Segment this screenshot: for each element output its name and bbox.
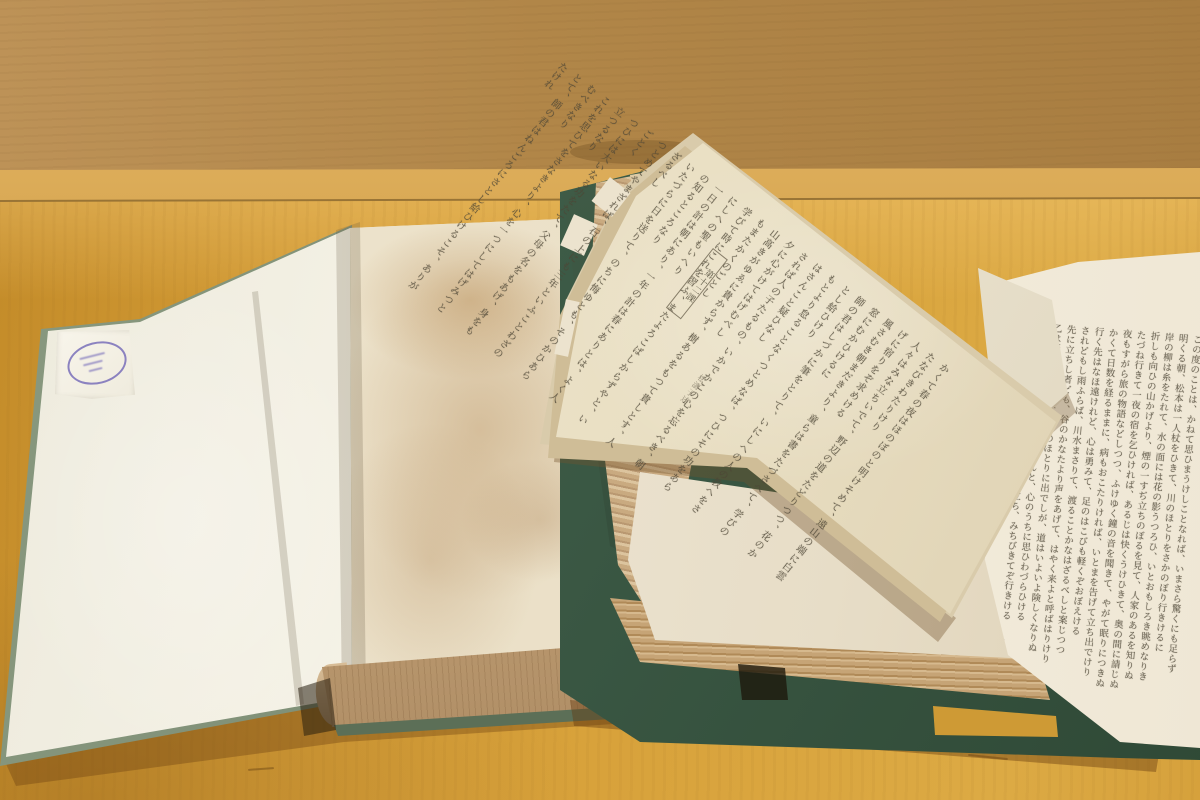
- library-stamp-icon: [63, 335, 131, 390]
- stamp-mark: [89, 367, 103, 372]
- photo-scene: この度のことは、かねて思ひまうけしことなれば、いまさら驚くにも足らず 明くる朝、…: [0, 0, 1200, 800]
- stamp-mark: [83, 360, 103, 367]
- pasted-paper-label: [55, 328, 137, 401]
